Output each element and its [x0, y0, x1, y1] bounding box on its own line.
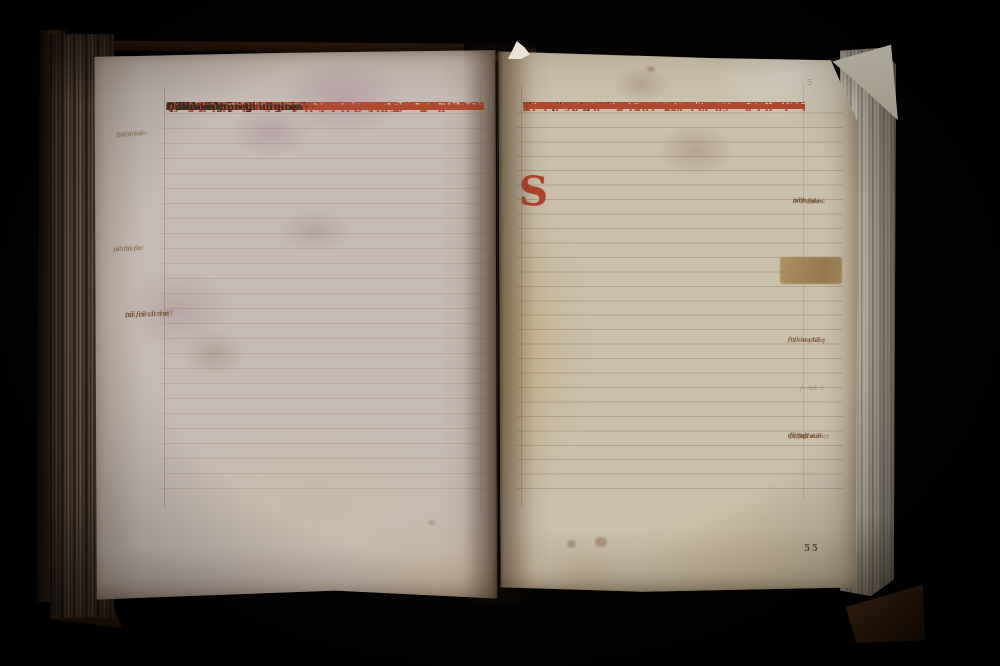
right-page: S semināt ī lacrimis · 7 excepto · q̄ ī … — [497, 46, 858, 595]
right-text-column: semināt ī lacrimis · 7 excepto · q̄ ī fe… — [523, 100, 805, 492]
margin-gloss-line: uĩ mõ dı — [113, 244, 140, 253]
stain-spot — [647, 66, 655, 72]
margin-rule-left — [164, 88, 165, 508]
margin-gloss-line: mõ ~ — [116, 131, 133, 140]
stain-spot — [595, 537, 607, 547]
gutter-crease — [497, 50, 498, 598]
left-page: offiū noct · 7 diur · faciend ē de dnīca… — [92, 48, 497, 604]
repair-patch — [780, 257, 842, 284]
margin-gloss-line: cõ ſı — [793, 197, 806, 206]
margin-gloss: ſcõ nrĩ umncũ ſm dıqñ nr ſcãım ſuĩ cõmõ … — [116, 128, 166, 131]
margin-gloss: ſcõ hĩc nrad fm ſcıuĩ mõ dı — [113, 243, 165, 246]
folio-number: 55 — [804, 544, 820, 554]
margin-gloss-line: ſcã rĩ — [125, 310, 144, 320]
dark-ink-text: Qui — [166, 100, 185, 115]
left-text-column: offiū noct · 7 diur · faciend ē de dnīca… — [166, 100, 484, 492]
stain-spot — [428, 520, 435, 525]
margin-gloss-line: cũ mp~ — [788, 431, 814, 440]
manuscript-photo: offiū noct · 7 diur · faciend ē de dnīca… — [0, 0, 1000, 666]
margin-gloss-line: ſıc de ptıbz — [788, 336, 825, 346]
red-ink-text: de festo · 7 dnā ad · B · 7 ad · m̄ · or… — [523, 100, 805, 114]
margin-rule-left — [521, 86, 522, 506]
stain-spot — [567, 540, 576, 548]
folio-corner-mark: 5 — [807, 78, 812, 87]
margin-gloss-line: ~ mõ — [800, 385, 816, 393]
